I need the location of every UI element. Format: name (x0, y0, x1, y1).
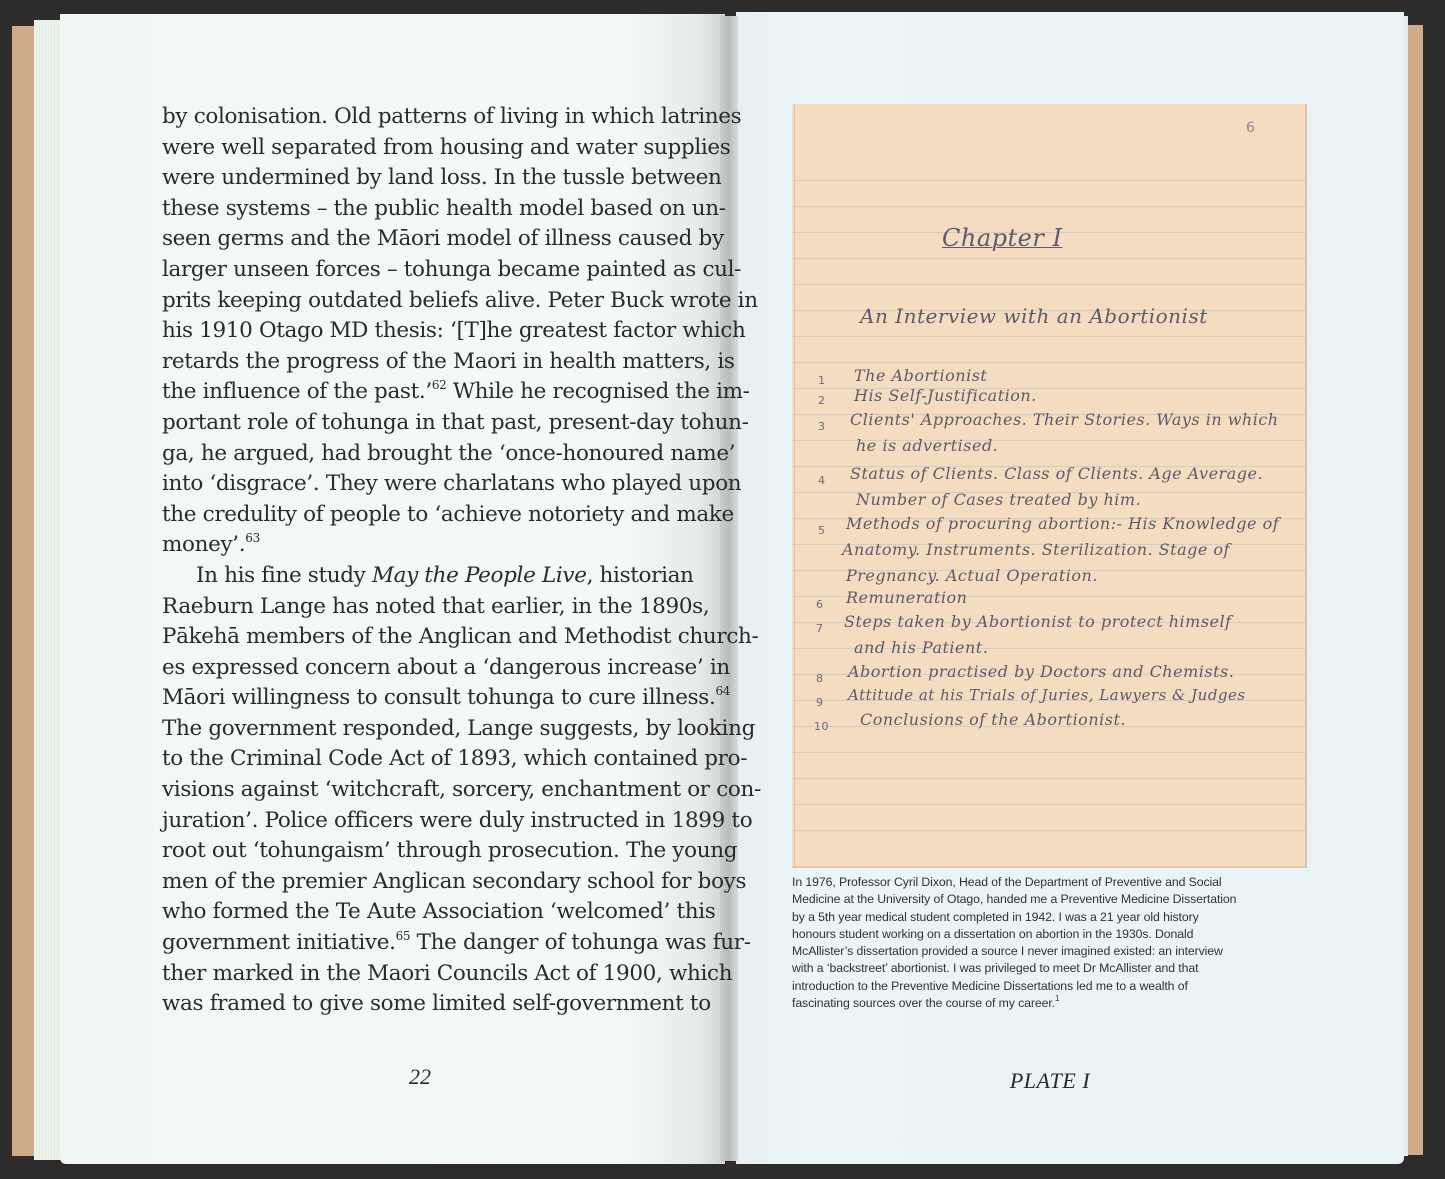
manuscript-item: Pregnancy. Actual Operation. (846, 566, 1098, 585)
manuscript-item: he is advertised. (856, 436, 998, 455)
text-line: In his fine study May the People Live, h… (162, 561, 674, 592)
manuscript-item: Anatomy. Instruments. Sterilization. Sta… (842, 540, 1230, 559)
book-gutter (720, 16, 738, 1161)
ruled-line (792, 336, 1307, 337)
text-line: prits keeping outdated beliefs alive. Pe… (162, 286, 674, 317)
item-number: 1 (818, 374, 826, 387)
item-number: 3 (818, 420, 826, 433)
text-line: juration’. Police officers were duly ins… (162, 806, 674, 837)
book-title: May the People Live (372, 563, 587, 588)
manuscript-item: Number of Cases treated by him. (856, 490, 1141, 509)
caption-line: introduction to the Preventive Medicine … (792, 978, 1307, 995)
text-line: into ‘disgrace’. They were charlatans wh… (162, 469, 674, 500)
item-number: 4 (818, 474, 826, 487)
text-line: who formed the Te Aute Association ‘welc… (162, 897, 674, 928)
item-number: 9 (816, 696, 824, 709)
ruled-line (792, 752, 1307, 753)
manuscript-item: Steps taken by Abortionist to protect hi… (844, 612, 1232, 631)
text-line: The government responded, Lange suggests… (162, 714, 674, 745)
text-line: ther marked in the Maori Councils Act of… (162, 959, 674, 990)
footnote-ref[interactable]: 63 (245, 531, 260, 545)
ruled-line (792, 206, 1307, 207)
ruled-line (792, 258, 1307, 259)
item-number: 10 (814, 720, 829, 733)
text-line: money’.63 (162, 530, 674, 561)
footnote-ref[interactable]: 64 (715, 684, 730, 698)
ruled-line (792, 180, 1307, 181)
text-line: es expressed concern about a ‘dangerous … (162, 653, 674, 684)
text-line: the influence of the past.’62 While he r… (162, 377, 674, 408)
manuscript-item: Status of Clients. Class of Clients. Age… (850, 464, 1263, 483)
text-line: Pākehā members of the Anglican and Metho… (162, 622, 674, 653)
text-line: by colonisation. Old patterns of living … (162, 102, 674, 133)
item-number: 5 (818, 524, 826, 537)
plate-label: PLATE I (960, 1068, 1140, 1094)
text-line: his 1910 Otago MD thesis: ‘[T]he greates… (162, 316, 674, 347)
caption-line: honours student working on a dissertatio… (792, 926, 1307, 943)
manuscript-heading: Chapter I (942, 224, 1062, 252)
item-number: 2 (818, 394, 826, 407)
manuscript-item: His Self-Justification. (854, 386, 1037, 405)
footnote-ref[interactable]: 65 (396, 929, 411, 943)
manuscript-item: Remuneration (846, 588, 967, 607)
text-line: the credulity of people to ‘achieve noto… (162, 500, 674, 531)
item-number: 7 (816, 622, 824, 635)
footnote-ref[interactable]: 1 (1055, 994, 1059, 1003)
text-line: were well separated from housing and wat… (162, 133, 674, 164)
text-line: retards the progress of the Maori in hea… (162, 347, 674, 378)
caption-line: McAllister’s dissertation provided a sou… (792, 943, 1307, 960)
text-line: larger unseen forces – tohunga became pa… (162, 255, 674, 286)
page-number: 22 (360, 1064, 480, 1090)
item-number: 8 (816, 672, 824, 685)
manuscript-item: Attitude at his Trials of Juries, Lawyer… (848, 686, 1246, 704)
item-number: 6 (816, 598, 824, 611)
text-line: visions against ‘witchcraft, sorcery, en… (162, 775, 674, 806)
manuscript-item: Abortion practised by Doctors and Chemis… (848, 662, 1234, 681)
text-line: to the Criminal Code Act of 1893, which … (162, 744, 674, 775)
text-line: root out ‘tohungaism’ through prosecutio… (162, 836, 674, 867)
ruled-line (792, 804, 1307, 805)
manuscript-page-number: 6 (1246, 120, 1255, 136)
ruled-line (792, 284, 1307, 285)
text-line: were undermined by land loss. In the tus… (162, 163, 674, 194)
manuscript-title: An Interview with an Abortionist (860, 304, 1208, 328)
text-line: government initiative.65 The danger of t… (162, 928, 674, 959)
text-line: was framed to give some limited self-gov… (162, 989, 674, 1020)
manuscript-item: Methods of procuring abortion:- His Know… (846, 514, 1279, 533)
text-line: men of the premier Anglican secondary sc… (162, 867, 674, 898)
text-line: Raeburn Lange has noted that earlier, in… (162, 592, 674, 623)
text-line: Māori willingness to consult tohunga to … (162, 683, 674, 714)
manuscript-item: Clients' Approaches. Their Stories. Ways… (850, 410, 1279, 429)
manuscript-item: and his Patient. (854, 638, 988, 657)
manuscript-item: The Abortionist (854, 366, 987, 385)
footnote-ref[interactable]: 62 (432, 378, 447, 392)
text-line: portant role of tohunga in that past, pr… (162, 408, 674, 439)
manuscript-item: Conclusions of the Abortionist. (860, 710, 1126, 729)
ruled-line (792, 362, 1307, 363)
ruled-line (792, 778, 1307, 779)
text-line: these systems – the public health model … (162, 194, 674, 225)
plate-caption: In 1976, Professor Cyril Dixon, Head of … (792, 874, 1307, 1012)
text-line: ga, he argued, had brought the ‘once-hon… (162, 439, 674, 470)
caption-line: by a 5th year medical student completed … (792, 909, 1307, 926)
caption-line: In 1976, Professor Cyril Dixon, Head of … (792, 874, 1307, 891)
caption-line: Medicine at the University of Otago, han… (792, 891, 1307, 908)
manuscript-plate-image: 6 Chapter I An Interview with an Abortio… (792, 104, 1307, 868)
caption-line: with a ‘backstreet’ abortionist. I was p… (792, 960, 1307, 977)
margin-line (794, 104, 795, 868)
body-text: by colonisation. Old patterns of living … (162, 102, 674, 1020)
ruled-line (792, 830, 1307, 831)
text-line: seen germs and the Māori model of illnes… (162, 224, 674, 255)
caption-line: fascinating sources over the course of m… (792, 995, 1307, 1012)
